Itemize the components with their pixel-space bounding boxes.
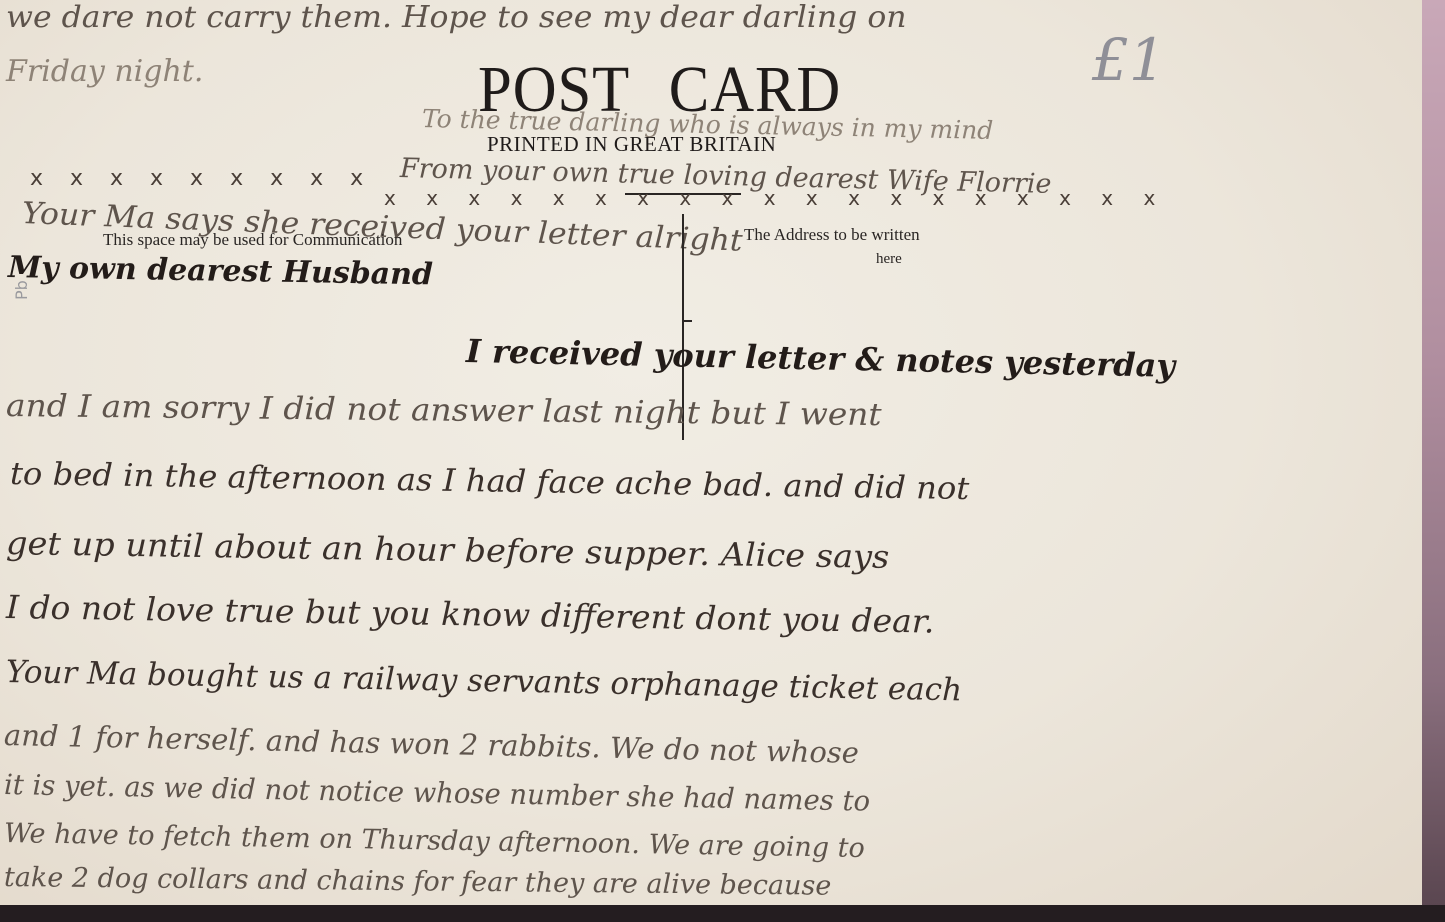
address-label-line2: here — [876, 251, 902, 268]
kisses-row-2: x x x x x x x x x x x x x x x x x x x — [384, 186, 1167, 210]
body-line-5: I do not love true but you know differen… — [6, 588, 935, 641]
body-line-7: and 1 for herself. and has won 2 rabbits… — [4, 718, 860, 770]
communication-label: This space may be used for Communication — [103, 230, 402, 250]
body-line-10: take 2 dog collars and chains for fear t… — [4, 862, 832, 902]
postcard-back: we dare not carry them. Hope to see my d… — [0, 0, 1422, 907]
divider-tick — [682, 320, 692, 322]
body-line-9: We have to fetch them on Thursday aftern… — [4, 818, 865, 864]
body-line-4: get up until about an hour before supper… — [6, 524, 890, 576]
card-bottom-edge — [0, 905, 1445, 922]
kisses-row-1: x x x x x x x x x — [30, 166, 373, 191]
body-line-1: I received your letter & notes yesterday — [466, 332, 1176, 385]
handwriting-top-line-1: we dare not carry them. Hope to see my d… — [6, 0, 907, 35]
printed-in-great-britain: PRINTED IN GREAT BRITAIN — [487, 132, 776, 157]
card-right-edge — [1422, 0, 1445, 907]
body-line-8: it is yet. as we did not notice whose nu… — [4, 768, 871, 818]
body-line-6: Your Ma bought us a railway servants orp… — [6, 654, 963, 708]
handwriting-salutation: My own dearest Husband — [8, 250, 434, 292]
handwriting-top-line-2: Friday night. — [6, 54, 203, 89]
pencil-price-annotation: £1 — [1092, 26, 1166, 94]
body-line-2: and I am sorry I did not answer last nig… — [6, 388, 882, 433]
address-label-line1: The Address to be written — [744, 225, 920, 245]
body-line-3: to bed in the afternoon as I had face ac… — [10, 456, 970, 507]
margin-pencil-note: Pb — [12, 280, 31, 300]
